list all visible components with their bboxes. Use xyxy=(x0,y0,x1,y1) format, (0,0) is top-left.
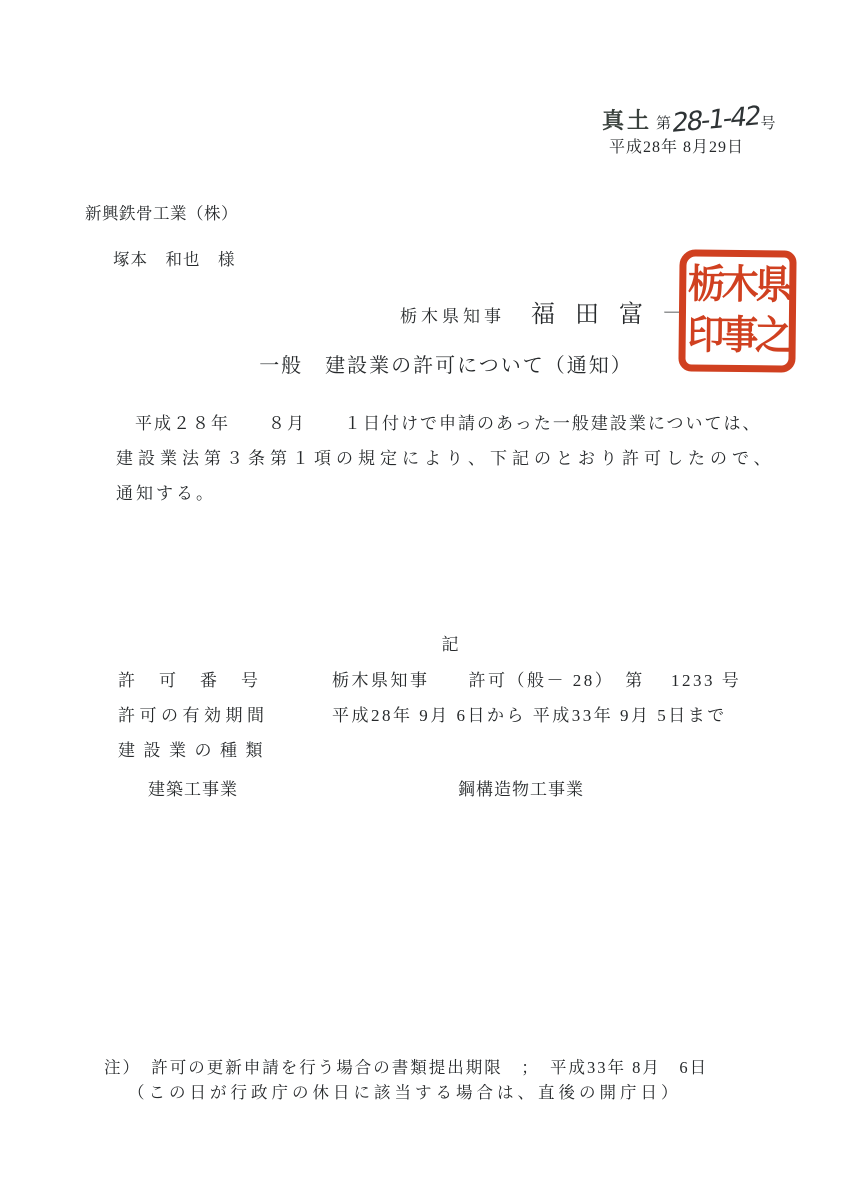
document-number-line: 真土 第 28-1-42 号 xyxy=(602,104,776,135)
permit-details: 許可番号 栃木県知事 許可（般－ 28） 第 1233 号 許可の有効期間 平成… xyxy=(118,666,798,771)
ki-heading: 記 xyxy=(27,630,848,655)
detail-value: 栃木県知事 許可（般－ 28） 第 1233 号 xyxy=(332,666,741,691)
detail-row-permit-number: 許可番号 栃木県知事 許可（般－ 28） 第 1233 号 xyxy=(118,666,798,701)
body-line: 平成２８年 ８月 １日付けで申請のあった一般建設業については、 xyxy=(116,406,796,441)
note-line: 注） 許可の更新申請を行う場合の書類提出期限 ； 平成33年 8月 6日 xyxy=(104,1055,708,1080)
body-paragraph: 平成２８年 ８月 １日付けで申請のあった一般建設業については、 建設業法第３条第… xyxy=(116,406,796,511)
body-line: 建設業法第３条第１項の規定により、下記のとおり許可したので、 xyxy=(116,441,796,476)
business-type-steel-structure: 鋼構造物工事業 xyxy=(458,775,584,800)
note-line: （この日が行政庁の休日に該当する場合は、直後の開庁日） xyxy=(128,1080,708,1105)
scanned-document-page: 真土 第 28-1-42 号 平成28年 8月29日 新興鉄骨工業（株） 塚本 … xyxy=(0,0,848,1200)
seal-column-left: 栃印 xyxy=(687,260,720,362)
seal-column-middle: 木事 xyxy=(721,260,754,362)
document-date: 平成28年 8月29日 xyxy=(609,134,744,157)
doc-number-suffix: 号 xyxy=(761,112,776,133)
body-line: 通知する。 xyxy=(116,476,796,511)
addressee-person: 塚本 和也 様 xyxy=(113,246,236,270)
detail-label: 建設業の種類 xyxy=(118,736,332,761)
addressee-company: 新興鉄骨工業（株） xyxy=(85,200,238,224)
detail-row-business-category: 建設業の種類 xyxy=(118,736,798,771)
office-stamp: 真土 xyxy=(602,104,652,135)
detail-row-validity-period: 許可の有効期間 平成28年 9月 6日から 平成33年 9月 5日まで xyxy=(118,701,798,736)
detail-value: 平成28年 9月 6日から 平成33年 9月 5日まで xyxy=(332,701,727,726)
governor-seal-stamp: 栃印 木事 県之 xyxy=(678,249,796,372)
doc-number-prefix: 第 xyxy=(656,112,671,133)
detail-label: 許可の有効期間 xyxy=(118,701,332,726)
footer-note: 注） 許可の更新申請を行う場合の書類提出期限 ； 平成33年 8月 6日 （この… xyxy=(104,1055,708,1105)
issuer-title: 栃木県知事 xyxy=(400,302,505,327)
detail-label: 許可番号 xyxy=(118,666,332,691)
business-type-architecture: 建築工事業 xyxy=(148,775,238,800)
issuer-line: 栃木県知事 福田富一 xyxy=(400,294,707,329)
seal-column-right: 県之 xyxy=(755,260,788,362)
